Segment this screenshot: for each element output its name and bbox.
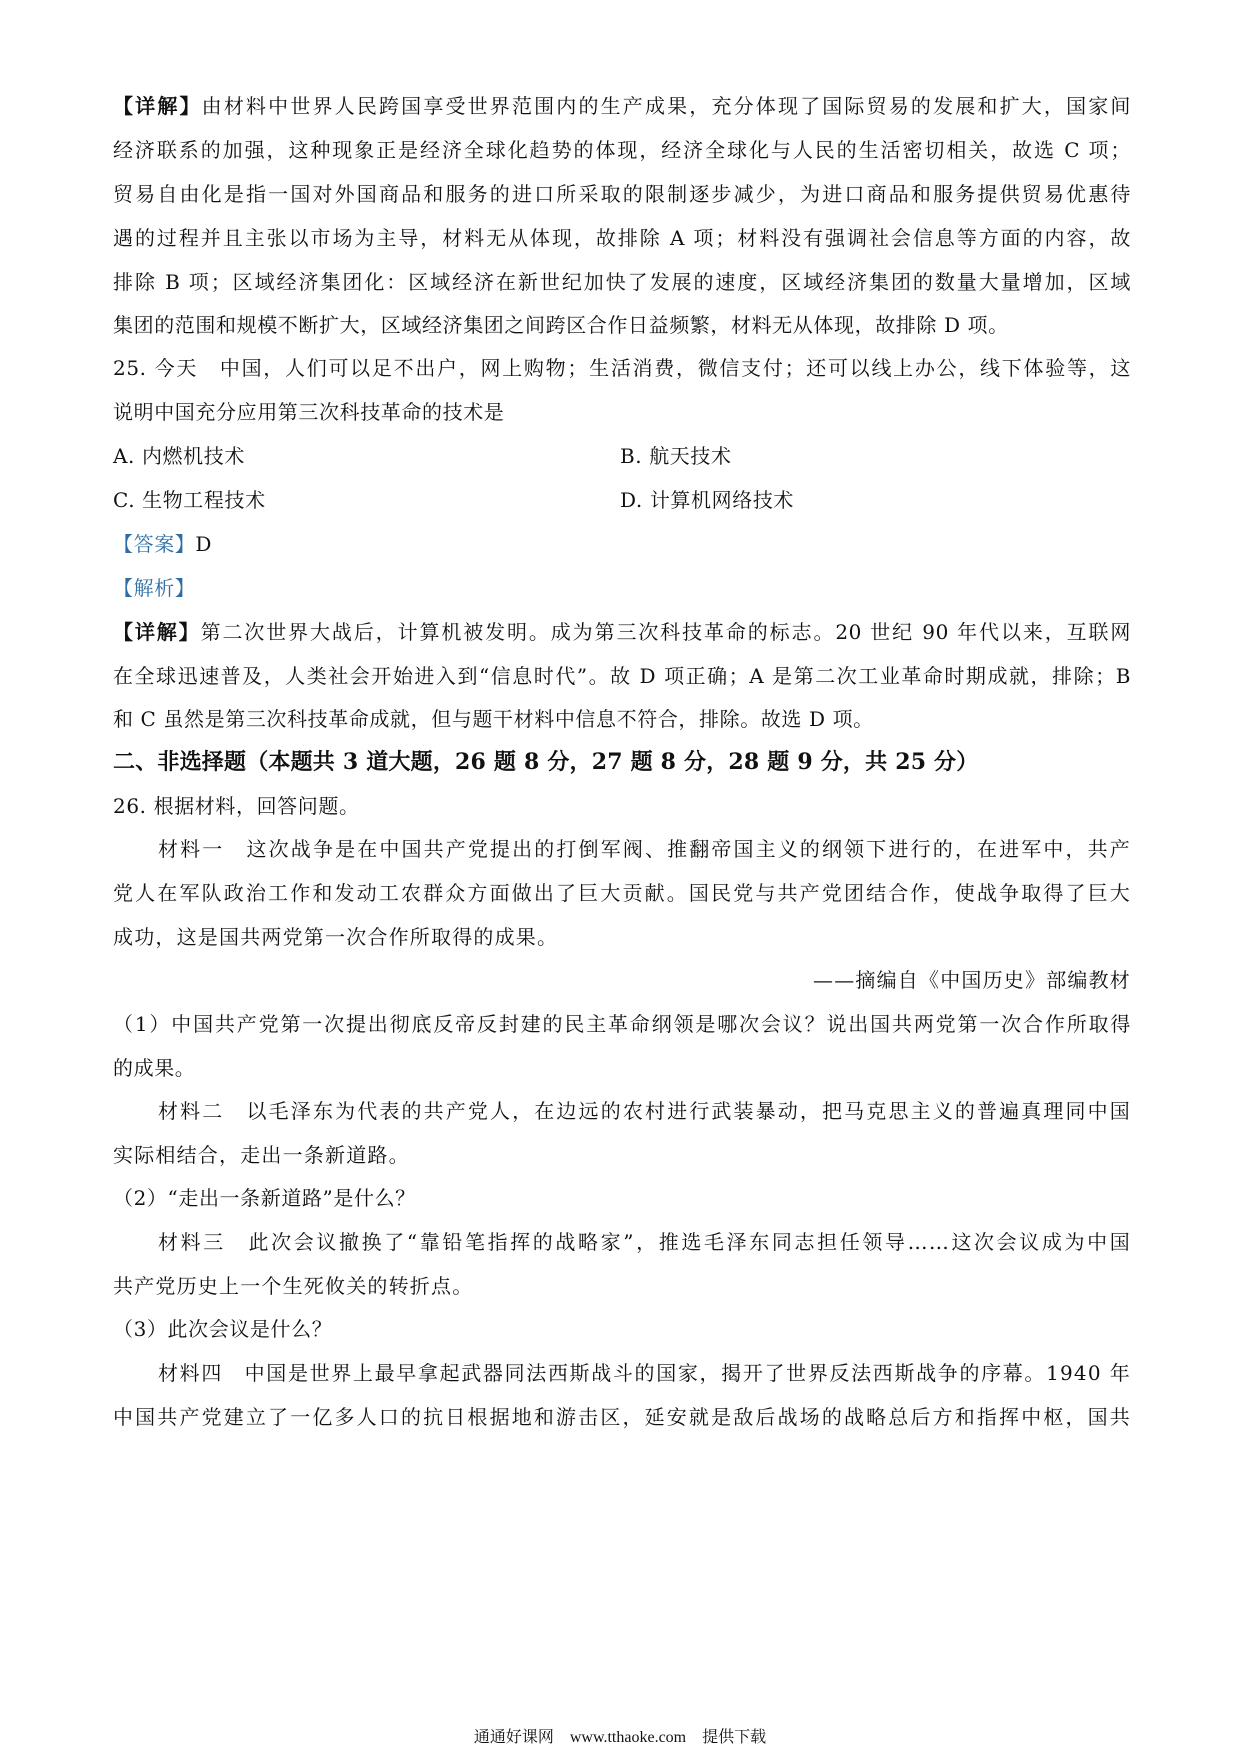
detail-label: 【详解】 — [113, 94, 202, 118]
q26-material1-line-1: 材料一 这次战争是在中国共产党提出的打倒军阀、推翻帝国主义的纲领下进行的，在进军… — [158, 835, 1131, 863]
q25-answer: 【答案】D — [113, 530, 1131, 558]
q26-material1-line-2: 党人在军队政治工作和发动工农群众方面做出了巨大贡献。国民党与共产党团结合作，使战… — [113, 879, 1131, 907]
q24-detail-line-1: 【详解】由材料中世界人民跨国享受世界范围内的生产成果，充分体现了国际贸易的发展和… — [113, 92, 1131, 120]
q25-analysis-label: 【解析】 — [113, 574, 1131, 602]
q26-material3-line-1: 材料三 此次会议撤换了“靠铅笔指挥的战略家”，推选毛泽东同志担任领导……这次会议… — [158, 1228, 1131, 1256]
q25-detail-line-3: 和 C 虽然是第三次科技革命成就，但与题干材料中信息不符合，排除。故选 D 项。 — [113, 705, 1131, 733]
q26-material3-line-2: 共产党历史上一个生死攸关的转折点。 — [113, 1272, 1131, 1300]
q24-detail-line-2: 经济联系的加强，这种现象正是经济全球化趋势的体现，经济全球化与人民的生活密切相关… — [113, 136, 1131, 164]
detail-label: 【详解】 — [113, 620, 201, 644]
q25-stem-line-2: 说明中国充分应用第三次科技革命的技术是 — [113, 398, 1131, 426]
q24-detail-line-5: 排除 B 项；区域经济集团化：区域经济在新世纪加快了发展的速度，区域经济集团的数… — [113, 268, 1131, 296]
q25-detail-line-2: 在全球迅速普及，人类社会开始进入到“信息时代”。故 D 项正确；A 是第二次工业… — [113, 662, 1131, 690]
q26-material2-line-1: 材料二 以毛泽东为代表的共产党人，在边远的农村进行武装暴动，把马克思主义的普遍真… — [158, 1097, 1131, 1125]
q26-question3: （3）此次会议是什么？ — [113, 1315, 1131, 1343]
q25-option-d: D. 计算机网络技术 — [620, 486, 1120, 514]
q26-material4-line-2: 中国共产党建立了一亿多人口的抗日根据地和游击区，延安就是敌后战场的战略总后方和指… — [113, 1403, 1131, 1431]
q26-material4-line-1: 材料四 中国是世界上最早拿起武器同法西斯战斗的国家，揭开了世界反法西斯战争的序幕… — [158, 1359, 1131, 1387]
q25-option-c: C. 生物工程技术 — [113, 486, 593, 514]
document-page: 【详解】由材料中世界人民跨国享受世界范围内的生产成果，充分体现了国际贸易的发展和… — [0, 0, 1240, 1754]
q24-detail-line-4: 遇的过程并且主张以市场为主导，材料无从体现，故排除 A 项；材料没有强调社会信息… — [113, 224, 1131, 252]
page-footer: 通通好课网 www.tthaoke.com 提供下载 — [0, 1728, 1240, 1748]
q24-detail-line-3: 贸易自由化是指一国对外国商品和服务的进口所采取的限制逐步减少，为进口商品和服务提… — [113, 180, 1131, 208]
q25-stem-line-1: 25. 今天 中国，人们可以足不出户，网上购物；生活消费，微信支付；还可以线上办… — [113, 354, 1131, 382]
q26-material1-line-3: 成功，这是国共两党第一次合作所取得的成果。 — [113, 923, 1131, 951]
q26-stem: 26. 根据材料，回答问题。 — [113, 792, 1131, 820]
q26-material2-line-2: 实际相结合，走出一条新道路。 — [113, 1141, 1131, 1169]
q25-option-a: A. 内燃机技术 — [113, 442, 593, 470]
section-2-title: 二、非选择题（本题共 3 道大题，26 题 8 分，27 题 8 分，28 题 … — [113, 748, 1131, 776]
q25-option-b: B. 航天技术 — [620, 442, 1120, 470]
q26-question2: （2）“走出一条新道路”是什么？ — [113, 1184, 1131, 1212]
q26-question1-line-1: （1）中国共产党第一次提出彻底反帝反封建的民主革命纲领是哪次会议？说出国共两党第… — [113, 1010, 1131, 1038]
q24-detail-line-6: 集团的范围和规模不断扩大，区域经济集团之间跨区合作日益频繁，材料无从体现，故排除… — [113, 311, 1131, 339]
answer-label: 【答案】 — [113, 532, 195, 556]
answer-value: D — [195, 532, 212, 556]
q25-detail-line-1: 【详解】第二次世界大战后，计算机被发明。成为第三次科技革命的标志。20 世纪 9… — [113, 618, 1131, 646]
q26-question1-line-2: 的成果。 — [113, 1054, 1131, 1082]
q26-material1-source: ——摘编自《中国历史》部编教材 — [113, 966, 1131, 994]
